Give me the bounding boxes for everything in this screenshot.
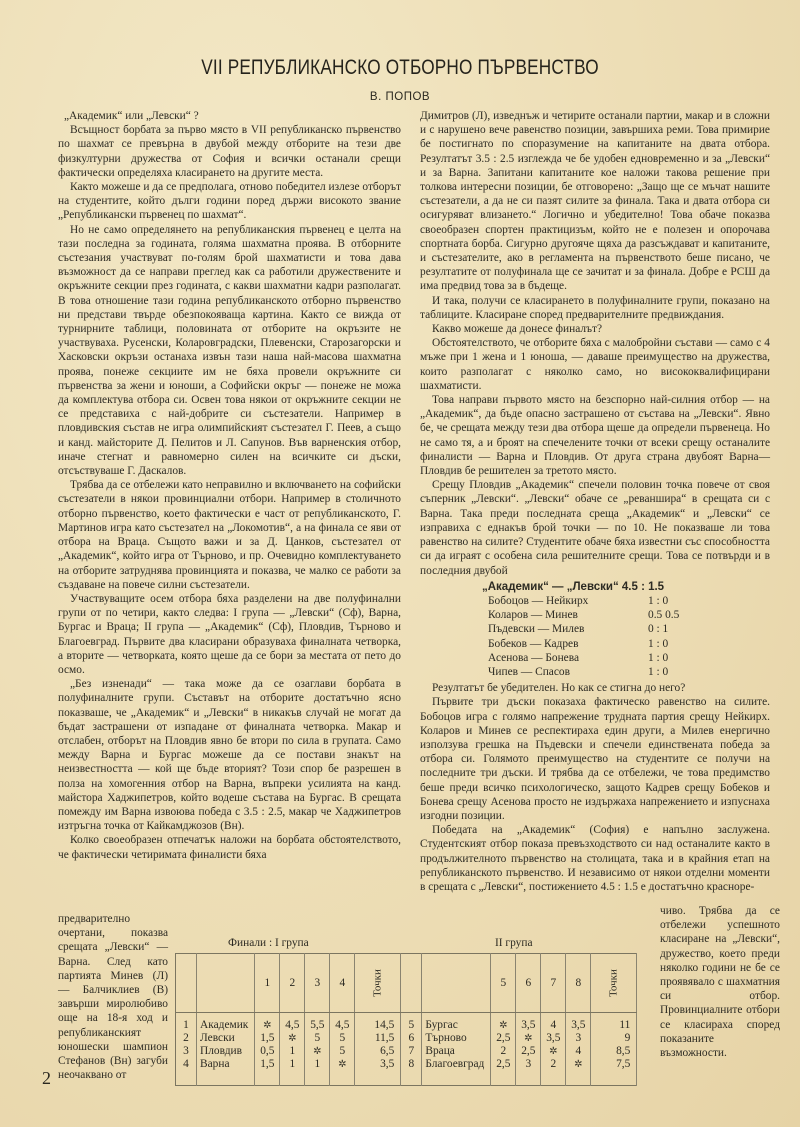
rank-cell: 8 [401, 1058, 422, 1071]
paragraph: Резултатът бе убедителен. Но как се стиг… [420, 681, 770, 695]
team-name: Бургас [422, 1013, 491, 1033]
paragraph: предварително очертани, показва срещата … [58, 912, 168, 1082]
column-header: 2 [280, 954, 305, 1013]
table-cell: 4 [566, 1045, 591, 1058]
diagonal-marker-icon: ✲ [549, 1046, 557, 1057]
table-cell: 4,5 [330, 1013, 355, 1033]
points-cell: 8,5 [591, 1045, 637, 1058]
table-cell: ✲ [280, 1032, 305, 1045]
game-pairing: Коларов — Минев [488, 608, 648, 622]
table-cell: ✲ [566, 1058, 591, 1071]
table-cell: ✲ [516, 1032, 541, 1045]
rank-cell: 2 [176, 1032, 197, 1045]
team-name: Академик [197, 1013, 255, 1033]
column-header: 5 [491, 954, 516, 1013]
points-cell: 14,5 [355, 1013, 401, 1033]
table-cell: 5,5 [305, 1013, 330, 1033]
spacer-cell [401, 1071, 422, 1086]
game-result: 1 : 0 [648, 637, 708, 651]
game-pairing: Бобоцов — Нейкирх [488, 594, 648, 608]
match-title: „Академик“ — „Левски“ 4.5 : 1.5 [482, 580, 770, 594]
game-row: Бобоцов — Нейкирх1 : 0 [488, 594, 770, 608]
game-pairing: Бобеков — Кадрев [488, 637, 648, 651]
table-cell: 2 [541, 1058, 566, 1071]
column-header: 4 [330, 954, 355, 1013]
paragraph: „Без изненади“ — така може да се озаглав… [58, 677, 401, 833]
game-result: 1 : 0 [648, 665, 708, 679]
paragraph: Както можеше и да се предполага, отново … [58, 180, 401, 223]
table-cell: 3 [516, 1058, 541, 1071]
game-pairing: Пъдевски — Милев [488, 622, 648, 636]
table-cell: 5 [305, 1032, 330, 1045]
diagonal-marker-icon: ✲ [313, 1046, 321, 1057]
column-header: 8 [566, 954, 591, 1013]
table-cell: 1,5 [255, 1032, 280, 1045]
table-cell: 4 [541, 1013, 566, 1033]
spacer-cell [305, 1071, 330, 1086]
points-header: Точки [591, 954, 637, 1013]
spacer-cell [491, 1071, 516, 1086]
game-pairing: Асенова — Бонева [488, 651, 648, 665]
table-cell: 3,5 [516, 1013, 541, 1033]
game-pairing: Чипев — Спасов [488, 665, 648, 679]
paragraph: Димитров (Л), изведнъж и четирите остана… [420, 109, 770, 294]
spacer-cell [422, 1071, 491, 1086]
paragraph: Това направи първото място на безспорно … [420, 393, 770, 478]
table-cell: 0,5 [255, 1045, 280, 1058]
spacer-cell [541, 1071, 566, 1086]
spacer-cell [176, 1071, 197, 1086]
left-narrow-column: предварително очертани, показва срещата … [58, 912, 168, 1082]
team-name: Пловдив [197, 1045, 255, 1058]
table-cell: ✲ [305, 1045, 330, 1058]
paragraph: Какво можеше да донесе финалът? [420, 322, 770, 336]
rank-cell: 4 [176, 1058, 197, 1071]
spacer-cell [591, 1071, 637, 1086]
diagonal-marker-icon: ✲ [288, 1033, 296, 1044]
game-result: 0 : 1 [648, 622, 708, 636]
table-spacer-row [176, 1071, 637, 1086]
team-name: Левски [197, 1032, 255, 1045]
header-blank [197, 954, 255, 1013]
game-row: Бобеков — Кадрев1 : 0 [488, 637, 770, 651]
column-header: 1 [255, 954, 280, 1013]
team-name: Враца [422, 1045, 491, 1058]
table-cell: 1,5 [255, 1058, 280, 1071]
team-name: Варна [197, 1058, 255, 1071]
spacer-cell [280, 1071, 305, 1086]
crosstable: 1234Точки5678Точки1Академик✲4,55,54,514,… [175, 953, 637, 1086]
game-row: Пъдевски — Милев0 : 1 [488, 622, 770, 636]
table-cell: 2 [491, 1045, 516, 1058]
table-header-row: 1234Точки5678Точки [176, 954, 637, 1013]
spacer-cell [566, 1071, 591, 1086]
spacer-cell [197, 1071, 255, 1086]
spacer-cell [330, 1071, 355, 1086]
match-games: Бобоцов — Нейкирх1 : 0Коларов — Минев0.5… [482, 594, 770, 679]
diagonal-marker-icon: ✲ [499, 1020, 507, 1031]
table-cell: 5 [330, 1045, 355, 1058]
diagonal-marker-icon: ✲ [338, 1059, 346, 1070]
rank-cell: 7 [401, 1045, 422, 1058]
points-cell: 11,5 [355, 1032, 401, 1045]
spacer-cell [516, 1071, 541, 1086]
diagonal-marker-icon: ✲ [263, 1020, 271, 1031]
paragraph: Първите три дъски показаха фактическо ра… [420, 695, 770, 823]
article-title: VII РЕПУБЛИКАНСКО ОТБОРНО ПЪРВЕНСТВО [72, 56, 728, 80]
game-row: Коларов — Минев0.5 0.5 [488, 608, 770, 622]
rank-cell: 5 [401, 1013, 422, 1033]
subheading: „Академик“ или „Левски“ ? [58, 109, 401, 123]
rank-cell: 6 [401, 1032, 422, 1045]
table-row: 3Пловдив0,51✲56,57Враца22,5✲48,5 [176, 1045, 637, 1058]
table-caption-group-1: Финали : I група [228, 937, 309, 949]
table-cell: 5 [330, 1032, 355, 1045]
paragraph: Трябва да се отбележи като неправилно и … [58, 478, 401, 592]
table-cell: 3,5 [566, 1013, 591, 1033]
paragraph: Победата на „Академик“ (София) е напълно… [420, 823, 770, 894]
right-column: Димитров (Л), изведнъж и четирите остана… [420, 109, 770, 894]
game-row: Асенова — Бонева1 : 0 [488, 651, 770, 665]
game-result: 1 : 0 [648, 651, 708, 665]
table-cell: ✲ [541, 1045, 566, 1058]
paragraph: Но не само определянето на републикански… [58, 223, 401, 479]
table-cell: 3,5 [541, 1032, 566, 1045]
header-blank [176, 954, 197, 1013]
table-cell: 1 [305, 1058, 330, 1071]
paragraph: Всъщност борбата за първо място в VII ре… [58, 123, 401, 180]
match-result-block: „Академик“ — „Левски“ 4.5 : 1.5 Бобоцов … [482, 580, 770, 679]
column-header: 3 [305, 954, 330, 1013]
table-cell: ✲ [255, 1013, 280, 1033]
diagonal-marker-icon: ✲ [524, 1033, 532, 1044]
table-row: 2Левски1,5✲5511,56Търново2,5✲3,539 [176, 1032, 637, 1045]
left-column: „Академик“ или „Левски“ ? Всъщност борба… [58, 109, 401, 862]
paragraph: Участвуващите осем отбора бяха разделени… [58, 592, 401, 677]
table-cell: ✲ [330, 1058, 355, 1071]
game-result: 1 : 0 [648, 594, 708, 608]
game-row: Чипев — Спасов1 : 0 [488, 665, 770, 679]
table-cell: 3 [566, 1032, 591, 1045]
table-cell: 1 [280, 1045, 305, 1058]
paragraph: чиво. Трябва да се отбележи успешното кл… [660, 904, 780, 1060]
header-blank [422, 954, 491, 1013]
paragraph: И така, получи се класирането в полуфина… [420, 294, 770, 322]
rank-cell: 3 [176, 1045, 197, 1058]
table-row: 1Академик✲4,55,54,514,55Бургас✲3,543,511 [176, 1013, 637, 1033]
game-result: 0.5 0.5 [648, 608, 708, 622]
article-author: В. ПОПОВ [0, 91, 800, 103]
table-row: 4Варна1,511✲3,58Благоевград2,532✲7,5 [176, 1058, 637, 1071]
points-cell: 6,5 [355, 1045, 401, 1058]
points-cell: 11 [591, 1013, 637, 1033]
table-cell: 2,5 [491, 1032, 516, 1045]
table-cell: 4,5 [280, 1013, 305, 1033]
column-header: 7 [541, 954, 566, 1013]
table-cell: 2,5 [491, 1058, 516, 1071]
table-cell: 2,5 [516, 1045, 541, 1058]
points-cell: 9 [591, 1032, 637, 1045]
points-cell: 3,5 [355, 1058, 401, 1071]
paragraph: Срещу Пловдив „Академик“ спечели половин… [420, 478, 770, 577]
spacer-cell [355, 1071, 401, 1086]
team-name: Търново [422, 1032, 491, 1045]
table-cell: ✲ [491, 1013, 516, 1033]
team-name: Благоевград [422, 1058, 491, 1071]
column-header: 6 [516, 954, 541, 1013]
header-blank [401, 954, 422, 1013]
right-narrow-column: чиво. Трябва да се отбележи успешното кл… [660, 904, 780, 1060]
rank-cell: 1 [176, 1013, 197, 1033]
diagonal-marker-icon: ✲ [574, 1059, 582, 1070]
points-cell: 7,5 [591, 1058, 637, 1071]
spacer-cell [255, 1071, 280, 1086]
paragraph: Колко своеобразен отпечатък наложи на бо… [58, 833, 401, 861]
table-caption-group-2: II група [495, 937, 533, 949]
table-cell: 1 [280, 1058, 305, 1071]
paragraph: Обстоятелството, че отборите бяха с мало… [420, 336, 770, 393]
page-number: 2 [42, 1068, 51, 1089]
points-header: Точки [355, 954, 401, 1013]
